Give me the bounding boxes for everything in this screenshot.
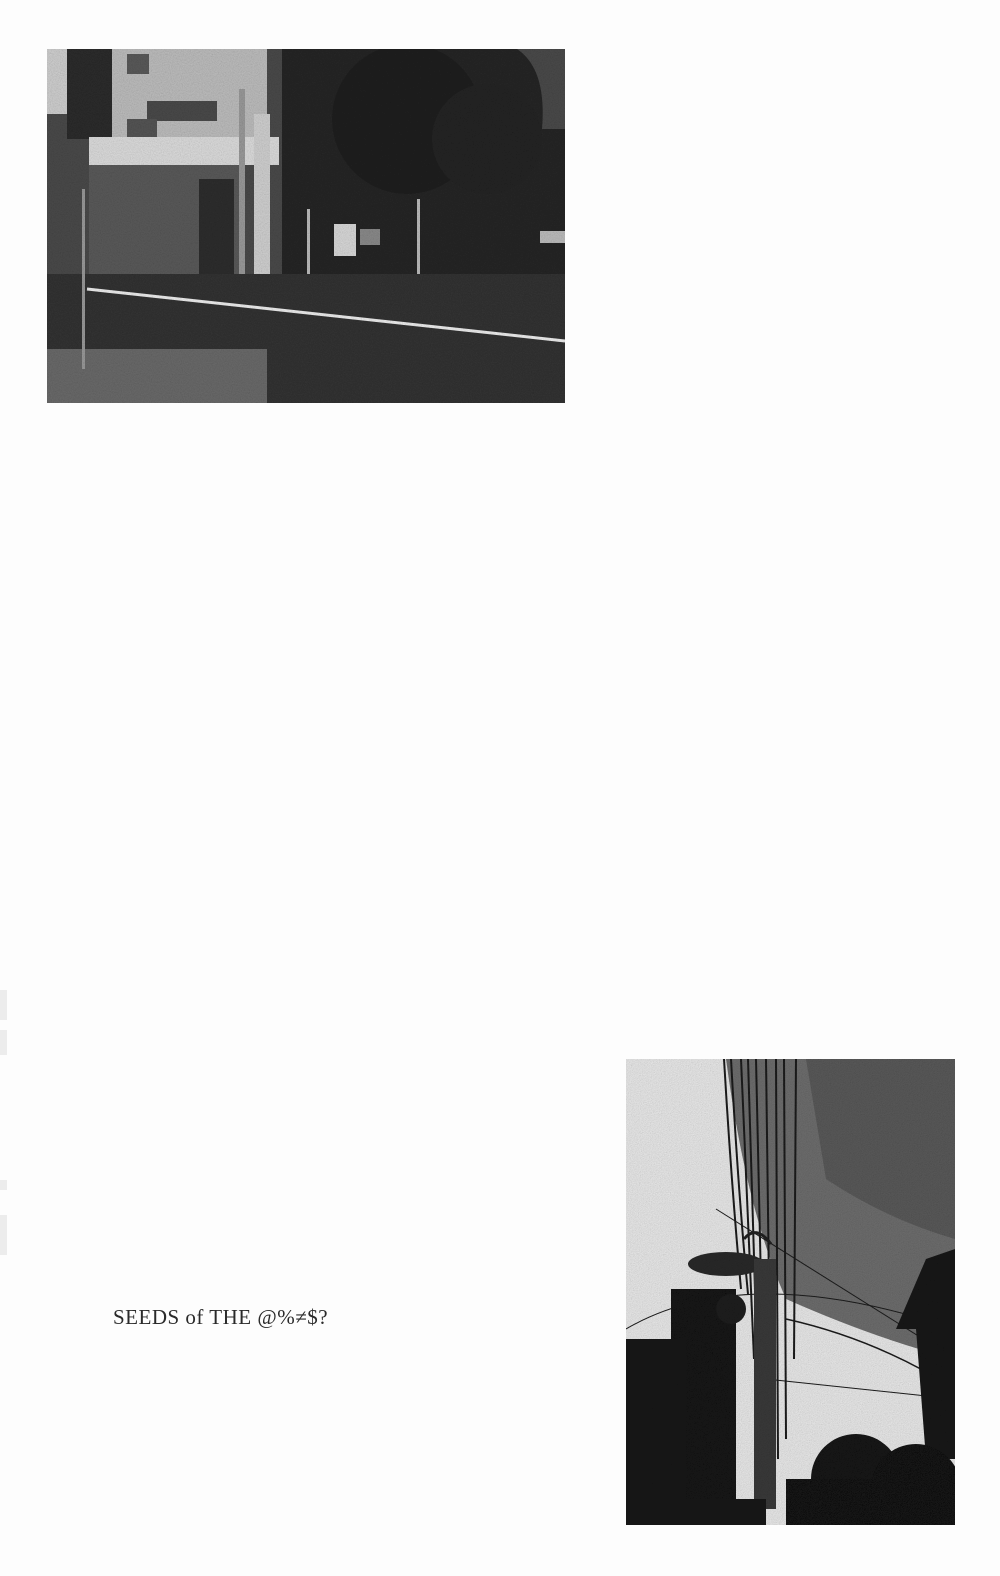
power-lines-photo (626, 1059, 955, 1525)
scan-artifact (0, 1215, 7, 1255)
scan-artifact (0, 1180, 7, 1190)
scan-artifact (0, 990, 7, 1020)
page-caption: SEEDS of THE @%≠$? (113, 1305, 328, 1330)
scan-artifact (0, 1030, 7, 1055)
street-building-photo (47, 49, 565, 403)
